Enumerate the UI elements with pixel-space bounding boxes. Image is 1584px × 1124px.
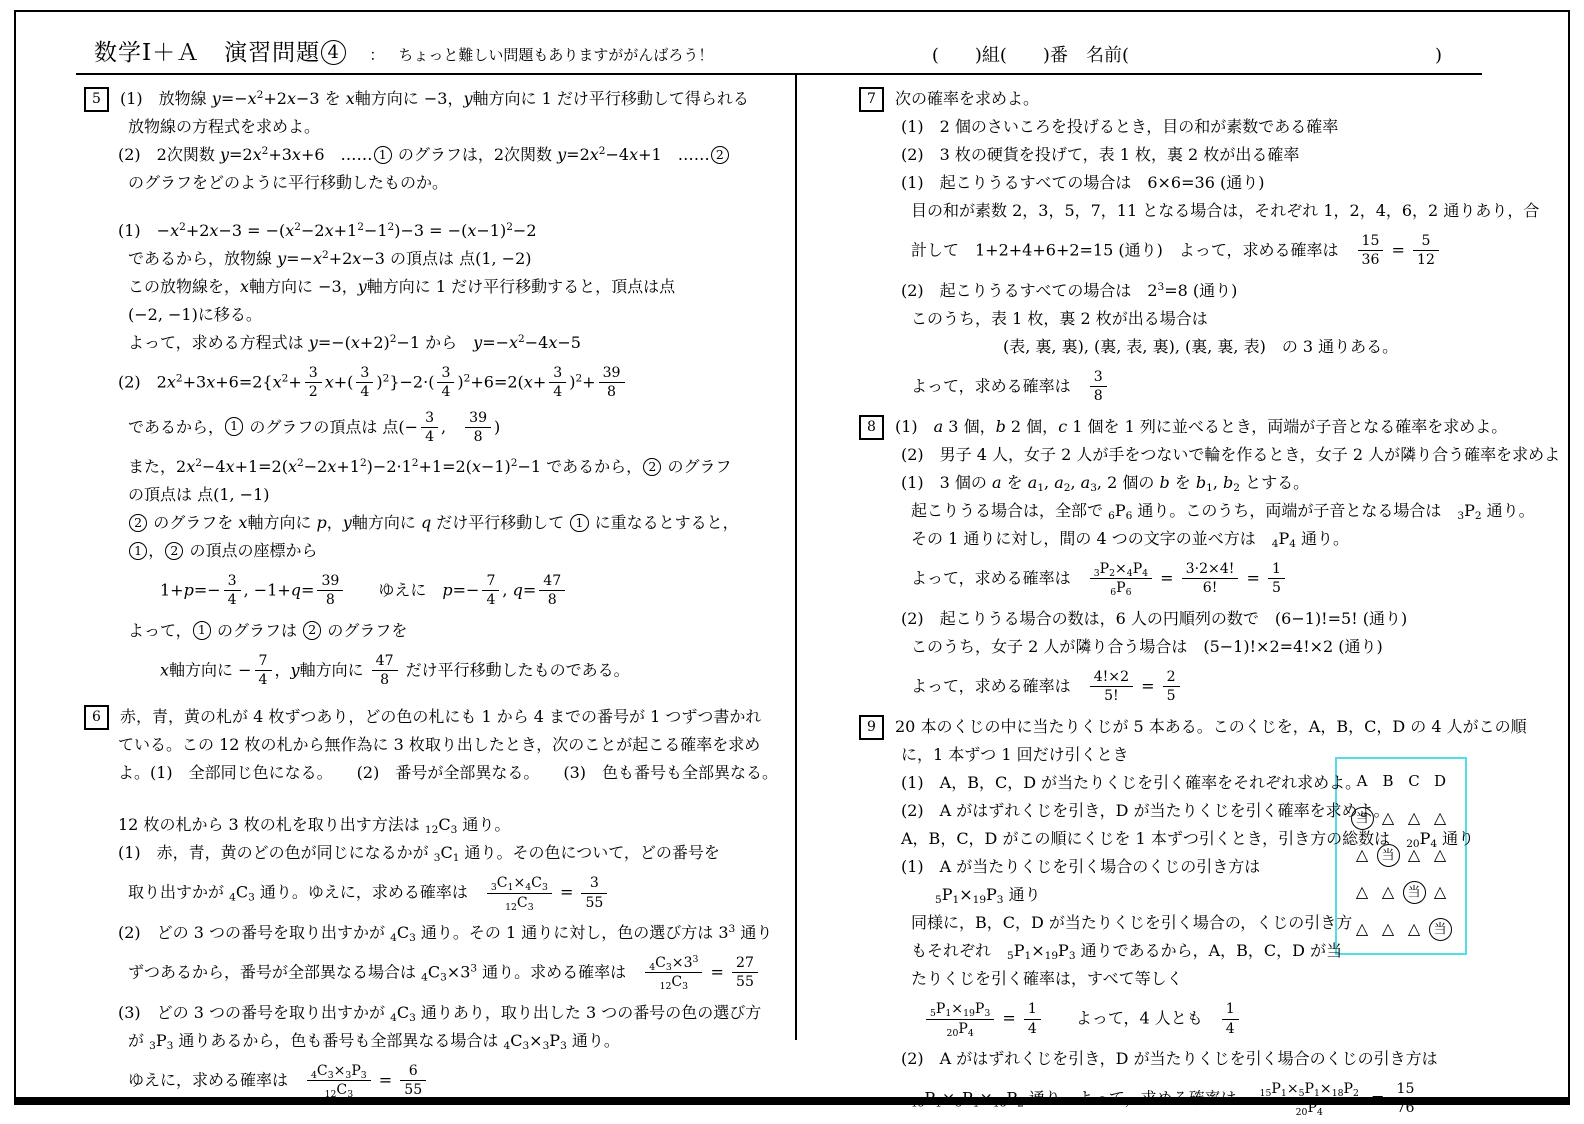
text-line: よって，1 のグラフは 2 のグラフを [84,617,795,645]
problem-number: 9 [859,715,884,740]
text-line: その 1 通りに対し，間の 4 つの文字の並べ方は 4P4 通り。 [859,525,1568,553]
fraction: 398 [317,572,343,610]
fraction: 1576 [1392,1080,1418,1118]
text-line: であるから，放物線 y=−x2+2x−3 の頂点は 点(1, −2) [84,245,795,273]
fraction: 34 [356,364,373,402]
circled-number: 4 [321,40,346,65]
fraction: 15P1×5P1×18P220P4 [1256,1080,1363,1118]
circled-number: 2 [711,146,729,164]
text-line: 1+p=−34, −1+q=398 ゆえに p=−74, q=478 [84,572,795,610]
text-line: この放物線を，x軸方向に −3，y軸方向に 1 だけ平行移動すると，頂点は点 [84,273,795,301]
text-line: (1) 赤，青，黄のどの色が同じになるかが 3C1 通り。その色について，どの番… [84,839,795,867]
page-border: 数学I＋Ａ 演習問題4 ： ちょっと難しい問題もありますががんばろう！ ( )組… [14,10,1570,1105]
text-line: であるから，1 のグラフの頂点は 点(−34, 398) [84,409,795,447]
problem-number: 5 [84,87,109,112]
text-line: 1，2 の頂点の座標から [84,537,795,565]
text-line: (2) A がはずれくじを引き，D が当たりくじを引く場合のくじの引き方は [859,1045,1568,1073]
circled-number: 2 [643,458,661,476]
fraction: 34 [224,572,241,610]
text-line: このうち，表 1 枚，裏 2 枚が出る場合は [859,305,1568,333]
fraction: 5P1×19P320P4 [926,1000,994,1038]
fraction: 34 [421,409,438,447]
fraction: 14 [1024,1000,1041,1038]
text-line: 目の和が素数 2，3，5，7，11 となる場合は，それぞれ 1，2，4，6，2 … [859,197,1568,225]
fraction: 512 [1413,232,1439,270]
fraction: 25 [1163,668,1180,706]
text-line: (1) A，B，C，D が当たりくじを引く確率をそれぞれ求めよ。 [859,769,1568,797]
name-class-field: ( )組( )番 名前( ) [932,41,1442,67]
fraction: 14 [1222,1000,1239,1038]
fraction: 74 [255,652,272,690]
problem-number: 7 [859,87,884,112]
text-line: 計して 1+2+4+6+2=15 (通り) よって，求める確率は 1536 = … [859,232,1568,270]
text-line: (1) 2 個のさいころを投げるとき，目の和が素数である確率 [859,113,1568,141]
text-line: 5P1×19P3 通り [859,881,1568,909]
text-line: (2) A がはずれくじを引き，D が当たりくじを引く確率を求めよ。 [859,797,1568,825]
text-line: もそれぞれ 5P1×19P3 通りであるから，A，B，C，D が当 [859,937,1568,965]
text-line: (2) 2次関数 y=2x2+3x+6 ……1 のグラフは，2次関数 y=2x2… [84,141,795,169]
text-line: の頂点は 点(1, −1) [84,481,795,509]
text-line: (表, 裏, 裏), (裏, 表, 裏), (裏, 裏, 表) の 3 通りある… [859,333,1568,361]
fraction: 38 [1090,368,1107,406]
problem-number: 8 [859,415,884,440]
text-line: 同様に，B，C，D が当たりくじを引く場合の，くじの引き方 [859,909,1568,937]
text-line: よって，求める確率は 4!×25! = 25 [859,668,1568,706]
circled-number: 1 [225,417,243,435]
text-line: (1) 3 個の a を a1, a2, a3, 2 個の b を b1, b2… [859,469,1568,497]
text-line: (2) 起こりうるすべての場合は 23=8 (通り) [859,277,1568,305]
text-line: 6赤，青，黄の札が 4 枚ずつあり，どの色の札にも 1 から 4 までの番号が … [84,703,795,731]
fraction: 398 [599,364,625,402]
text-line: たりくじを引く確率は，すべて等しく [859,965,1568,993]
text-line: 920 本のくじの中に当たりくじが 5 本ある。このくじを，A，B，C，D の … [859,713,1568,741]
text-line: 7次の確率を求めよ。 [859,85,1568,113]
fraction: 478 [539,572,565,610]
circled-number: 1 [129,542,147,560]
fraction: 4C3×3P312C3 [307,1062,371,1100]
text-line: (2) どの 3 つの番号を取り出すかが 4C3 通り。その 1 通りに対し，色… [84,919,795,947]
text-line: (2) 3 枚の硬貨を投げて，表 1 枚，裏 2 枚が出る確率 [859,141,1568,169]
text-line: 12 枚の札から 3 枚の札を取り出す方法は 12C3 通り。 [84,811,795,839]
text-line: x軸方向に −74，y軸方向に 478 だけ平行移動したものである。 [84,652,795,690]
text-line: A，B，C，D がこの順にくじを 1 本ずつ引くとき，引き方の総数は 20P4 … [859,825,1568,853]
text-line: 5P1×19P320P4 = 14 よって，4 人とも 14 [859,1000,1568,1038]
fraction: 655 [400,1062,426,1100]
text-line: 取り出すかが 4C3 通り。ゆえに，求める確率は 3C1×4C312C3 = 3… [84,874,795,912]
text-line: このうち，女子 2 人が隣り合う場合は (5−1)!×2=4!×2 (通り) [859,633,1568,661]
fraction: 4C3×3312C3 [645,954,702,992]
text-line: 起こりうる場合は，全部で 6P6 通り。このうち，両端が子音となる場合は 3P2… [859,497,1568,525]
circled-number: 2 [165,542,183,560]
text-line: 2 のグラフを x軸方向に p，y軸方向に q だけ平行移動して 1 に重なると… [84,509,795,537]
text-line: (1) A が当たりくじを引く場合のくじの引き方は [859,853,1568,881]
fraction: 3C1×4C312C3 [487,874,552,912]
text-line: (−2, −1)に移る。 [84,301,795,329]
left-column: 5(1) 放物線 y=−x2+2x−3 を x軸方向に −3，y軸方向に 1 だ… [16,75,795,1097]
right-column: ABCD当△△△△当△△△△当△△△△当 7次の確率を求めよ。(1) 2 個のさ… [795,75,1568,1097]
text-line: に，1 本ずつ 1 回だけ引くとき [859,741,1568,769]
text-line: 15P1×5P1×18P2 通り よって，求める確率は 15P1×5P1×18P… [859,1080,1568,1118]
fraction: 34 [549,364,566,402]
circled-number: 1 [570,514,588,532]
fraction: 398 [465,409,491,447]
text-line: (2) 2x2+3x+6=2{x2+32x+(34)2}−2·(34)2+6=2… [84,364,795,402]
circled-number: 1 [374,146,392,164]
text-line: ている。この 12 枚の札から無作為に 3 枚取り出したとき，次のことが起こる確… [84,731,795,759]
page-title: 数学I＋Ａ 演習問題4 [94,34,347,67]
fraction: 32 [305,364,322,402]
text-line: ずつあるから，番号が全部異なる場合は 4C3×33 通り。求める確率は 4C3×… [84,954,795,992]
text-line: (1) 起こりうるすべての場合は 6×6=36 (通り) [859,169,1568,197]
fraction: 478 [372,652,398,690]
page-header: 数学I＋Ａ 演習問題4 ： ちょっと難しい問題もありますががんばろう！ ( )組… [76,12,1482,75]
fraction: 1536 [1358,232,1384,270]
text-line: (2) 起こりうる場合の数は，6 人の円順列の数で (6−1)!=5! (通り) [859,605,1568,633]
fraction: 15 [1268,560,1285,598]
text-line: (3) どの 3 つの番号を取り出すかが 4C3 通りあり，取り出した 3 つの… [84,999,795,1027]
text-line: (2) 男子 4 人，女子 2 人が手をつないで輪を作るとき，女子 2 人が隣り… [859,441,1568,469]
circled-number: 2 [129,514,147,532]
text-line: また，2x2−4x+1=2(x2−2x+12)−2·12+1=2(x−1)2−1… [84,453,795,481]
text-line: よって，求める確率は 3P2×4P46P6 = 3·2×4!6! = 15 [859,560,1568,598]
text-line: が 3P3 通りあるから，色も番号も全部異なる場合は 4C3×3P3 通り。 [84,1027,795,1055]
text-line: よ。(1) 全部同じ色になる。 (2) 番号が全部異なる。 (3) 色も番号も全… [84,759,795,787]
title-separator: ： [369,44,384,65]
fraction: 3·2×4!6! [1182,560,1239,598]
text-line: 8(1) a 3 個，b 2 個，c 1 個を 1 列に並べるとき，両端が子音と… [859,413,1568,441]
fraction: 34 [437,364,454,402]
fraction: 74 [482,572,499,610]
fraction: 4!×25! [1090,668,1133,706]
text-line: よって，求める確率は 38 [859,368,1568,406]
fraction: 355 [581,874,607,912]
text-line: 5(1) 放物線 y=−x2+2x−3 を x軸方向に −3，y軸方向に 1 だ… [84,85,795,113]
text-line: 放物線の方程式を求めよ。 [84,113,795,141]
content-columns: 5(1) 放物線 y=−x2+2x−3 を x軸方向に −3，y軸方向に 1 だ… [16,75,1568,1097]
fraction: 3P2×4P46P6 [1090,560,1152,598]
circled-number: 2 [303,621,321,639]
text-line: ゆえに，求める確率は 4C3×3P312C3 = 655 [84,1062,795,1100]
page-subtitle: ちょっと難しい問題もありますががんばろう！ [398,44,713,65]
fraction: 2755 [732,954,758,992]
text-line: (1) −x2+2x−3 = −(x2−2x+12−12)−3 = −(x−1)… [84,217,795,245]
text-line: よって，求める方程式は y=−(x+2)2−1 から y=−x2−4x−5 [84,329,795,357]
text-line: のグラフをどのように平行移動したものか。 [84,169,795,197]
circled-number: 1 [193,621,211,639]
problem-number: 6 [84,705,109,730]
